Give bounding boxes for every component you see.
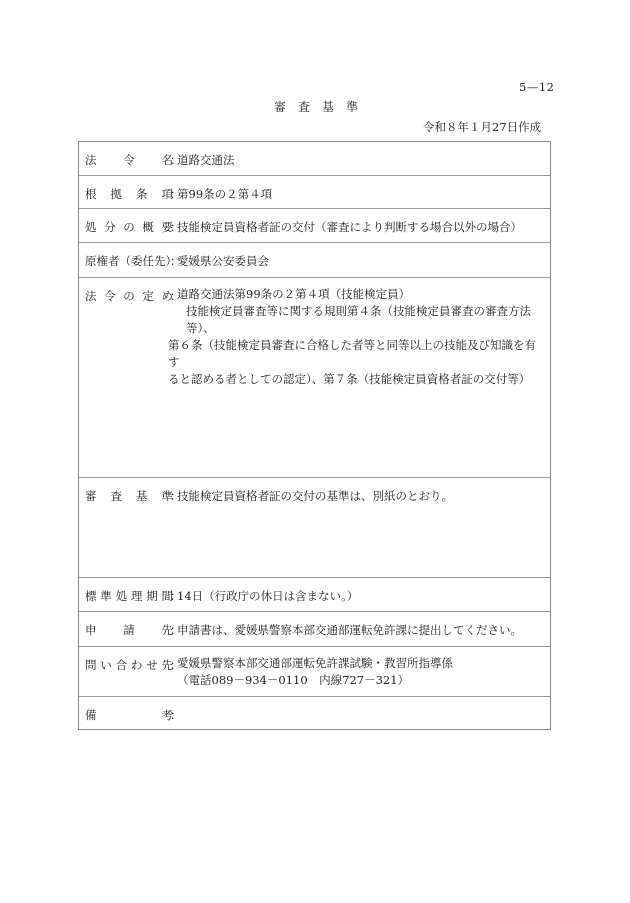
label-char: の [123,288,135,304]
label-char: せ [146,657,158,673]
value-line: 技能検定員資格者証の交付の基準は、別紙のとおり。 [177,489,453,503]
row-value: 道路交通法 [177,152,544,169]
label-char: 申 [85,622,97,638]
row-remarks: 備 考 ： [79,697,550,729]
label-char: 期 [146,588,158,604]
page-number: 5—12 [519,80,554,94]
row-contact: 問 い 合 わ せ 先 ： 愛媛県警察本部交通部運転免許課試験・教習所指導係 （… [79,647,550,697]
row-value: 道路交通法第99条の２第４項（技能検定員） 技能検定員審査等に関する規則第４条（… [177,286,544,388]
value-line: 技能検定員資格者証の交付（審査により判断する場合以外の場合） [177,220,522,234]
title-char: 基 [322,98,334,115]
row-value: 申請書は、愛媛県警察本部交通部運転免許課に提出してください。 [177,622,544,639]
label-char: 法 [85,152,97,168]
row-review-criteria: 審 査 基 準 ： 技能検定員資格者証の交付の基準は、別紙のとおり。 [79,478,550,578]
row-value: 愛媛県警察本部交通部運転免許課試験・教習所指導係 （電話089－934－0110… [177,655,544,689]
label-char: 標 [85,588,97,604]
value-line: 第99条の２第４項 [177,187,272,201]
label-char: 査 [111,488,123,504]
value-line: 道路交通法第99条の２第４項（技能検定員） [177,286,544,303]
row-original-authority: 原権者（委任先） ： 愛媛県公安委員会 [79,243,550,278]
value-line: ると認める者としての認定）、第７条（技能検定員資格者証の交付等） [168,371,544,388]
label-char: 備 [85,707,97,723]
row-disposition-summary: 処 分 の 概 要 ： 技能検定員資格者証の交付（審査により判断する場合以外の場… [79,209,550,243]
row-label: 審 査 基 準 [85,488,173,504]
value-line: 14日（行政庁の休日は含まない。） [177,589,358,603]
row-law-name: 法 令 名 ： 道路交通法 [79,142,550,176]
row-legal-basis: 根 拠 条 項 ： 第99条の２第４項 [79,176,550,209]
row-label: 原権者（委任先） [85,253,173,269]
label-char: 令 [123,152,135,168]
label-char: 処 [85,219,97,235]
value-line: 道路交通法 [177,153,235,167]
colon: ： [170,707,182,723]
row-legal-provisions: 法 令 の 定 め ： 道路交通法第99条の２第４項（技能検定員） 技能検定員審… [79,278,550,478]
label-char: 概 [142,219,154,235]
row-label: 処 分 の 概 要 [85,219,173,235]
row-label: 問 い 合 わ せ 先 [85,657,173,673]
title-char: 査 [298,98,310,115]
label-char: 令 [104,288,116,304]
row-standard-processing-period: 標 準 処 理 期 間 ： 14日（行政庁の休日は含まない。） [79,578,550,612]
criteria-table: 法 令 名 ： 道路交通法 根 拠 条 項 ： 第99条の２第４項 処 分 の … [78,141,551,730]
title-char: 準 [346,98,358,115]
row-label: 法 令 名 [85,152,173,168]
label-char: 審 [85,488,97,504]
label-char: の [123,219,135,235]
label-char: わ [131,657,143,673]
row-value: 技能検定員資格者証の交付の基準は、別紙のとおり。 [177,488,544,505]
contact-phone: （電話089－934－0110 内線727－321） [177,672,544,689]
label-char: 準 [100,588,112,604]
row-value: 第99条の２第４項 [177,186,544,203]
label-char: い [100,657,112,673]
row-label: 備 考 [85,707,173,723]
value-line: 第６条（技能検定員審査に合格した者等と同等以上の技能及び知識を有す [168,337,544,371]
label-char: 請 [123,622,135,638]
label-char: 合 [116,657,128,673]
value-line: 技能検定員審査等に関する規則第４条（技能検定員審査の審査方法等）、 [177,303,544,337]
label-char: 理 [131,588,143,604]
value-line: 申請書は、愛媛県警察本部交通部運転免許課に提出してください。 [177,623,522,637]
label-char: 拠 [111,186,123,202]
label-char: 基 [136,488,148,504]
row-value: 14日（行政庁の休日は含まない。） [177,588,544,605]
row-label: 根 拠 条 項 [85,186,173,202]
created-date: 令和８年１月27日作成 [423,119,541,135]
row-label: 法 令 の 定 め [85,288,173,304]
value-line: 愛媛県警察本部交通部運転免許課試験・教習所指導係 [177,655,544,672]
label-char: 法 [85,288,97,304]
label-char: 分 [104,219,116,235]
row-application-destination: 申 請 先 ： 申請書は、愛媛県警察本部交通部運転免許課に提出してください。 [79,612,550,647]
row-label: 標 準 処 理 期 間 [85,588,173,604]
label-char: 定 [142,288,154,304]
document-title: 審査基準 [274,98,358,115]
label-char: 根 [85,186,97,202]
label-char: 原権者（委任先） [85,253,177,269]
row-value: 愛媛県公安委員会 [177,253,544,270]
label-char: 問 [85,657,97,673]
title-char: 審 [274,98,286,115]
row-label: 申 請 先 [85,622,173,638]
label-char: 処 [116,588,128,604]
label-char: 条 [136,186,148,202]
row-value: 技能検定員資格者証の交付（審査により判断する場合以外の場合） [177,219,544,236]
value-line: 愛媛県公安委員会 [177,254,269,268]
